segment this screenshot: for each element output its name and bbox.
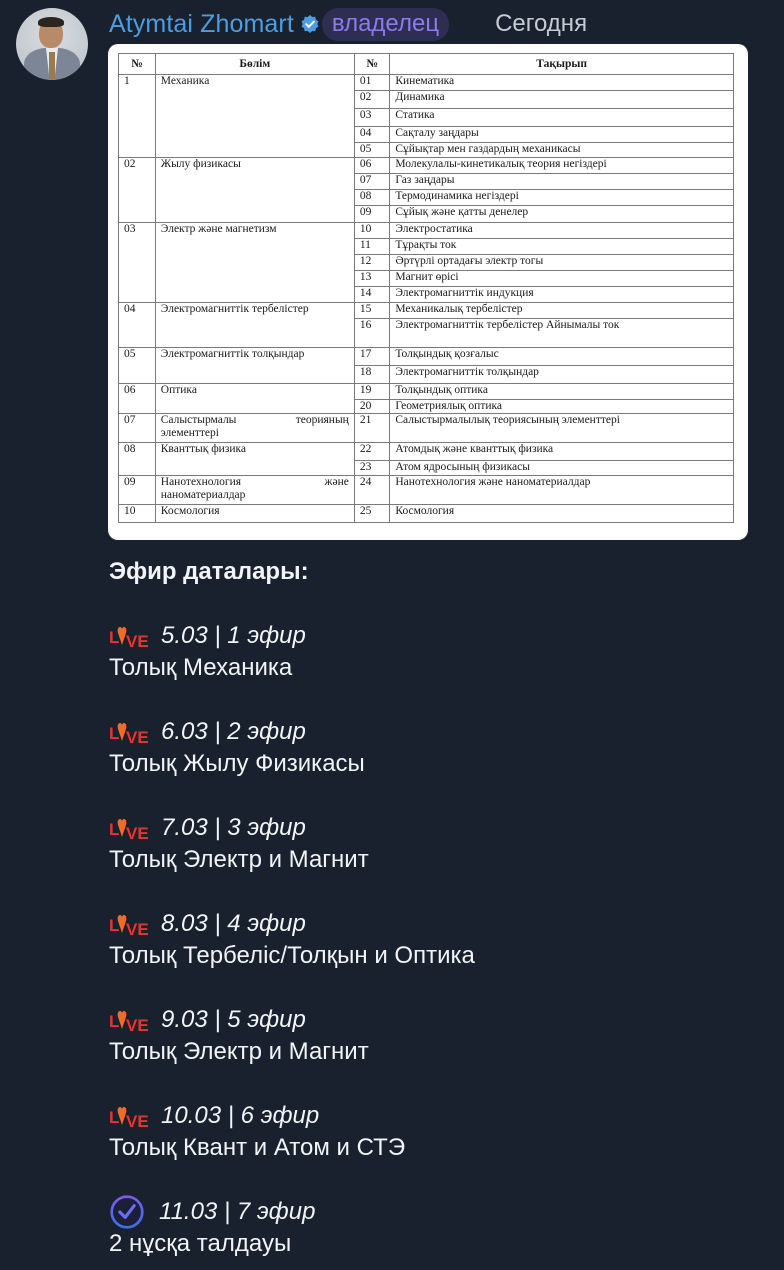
header-cell: Бөлім (155, 54, 354, 75)
svg-text:VE: VE (126, 920, 149, 937)
message-header: Atymtai Zhomart владелец Сегодня (109, 8, 587, 40)
topic-number: 21 (354, 414, 390, 443)
topic-number: 10 (354, 223, 390, 239)
entry-topic: Толық Тербеліс/Толқын и Оптика (109, 940, 749, 972)
svg-text:VE: VE (126, 824, 149, 841)
verified-badge-icon (300, 14, 320, 34)
topic-number: 20 (354, 400, 390, 414)
topic-title: Электростатика (390, 223, 734, 239)
topic-title: Нанотехнология және наноматериалдар (390, 476, 734, 505)
avatar-hair (38, 17, 64, 27)
topic-title: Атом ядросының физикасы (390, 461, 734, 476)
topic-number: 03 (354, 109, 390, 127)
topic-title: Тұрақты ток (390, 239, 734, 255)
topic-title: Молекулалы-кинетикалық теория негіздері (390, 158, 734, 174)
section-name: Механика (155, 75, 354, 158)
user-avatar[interactable] (16, 8, 88, 80)
schedule-entry: L VE 8.03 | 4 эфир Толық Тербеліс/Толқын… (109, 908, 749, 972)
entry-topic: Толық Электр и Магнит (109, 844, 749, 876)
topic-title: Сақталу заңдары (390, 127, 734, 143)
topic-number: 18 (354, 366, 390, 384)
section-name: Электр және магнетизм (155, 223, 354, 303)
entry-date-row: L VE 9.03 | 5 эфир (109, 1004, 749, 1036)
section-name: Салыстырмалы теорияның элементтері (155, 414, 354, 443)
topic-number: 25 (354, 505, 390, 523)
love-live-icon: L VE (109, 623, 149, 649)
topic-title: Атомдық және кванттық физика (390, 443, 734, 461)
topic-title: Сұйық және қатты денелер (390, 206, 734, 223)
table-row: 04Электромагниттік тербелістер15Механика… (119, 303, 734, 319)
topics-table: № Бөлім № Тақырып 1Механика01Кинематика0… (118, 53, 734, 523)
section-name: Нанотехнология және наноматериалдар (155, 476, 354, 505)
topic-title: Динамика (390, 91, 734, 109)
topic-title: Салыстырмалылық теориясының элементтері (390, 414, 734, 443)
topic-title: Электромагниттік толқындар (390, 366, 734, 384)
section-name: Кванттық физика (155, 443, 354, 476)
love-live-icon: L VE (109, 1103, 149, 1129)
topic-number: 13 (354, 271, 390, 287)
table-row: 02Жылу физикасы06Молекулалы-кинетикалық … (119, 158, 734, 174)
love-live-icon: L VE (109, 719, 149, 745)
check-circle-icon (109, 1192, 149, 1232)
topic-number: 19 (354, 384, 390, 400)
section-number: 04 (119, 303, 156, 348)
sender-name[interactable]: Atymtai Zhomart (109, 10, 294, 39)
topic-title: Толқындық оптика (390, 384, 734, 400)
topic-title: Статика (390, 109, 734, 127)
table-header-row: № Бөлім № Тақырып (119, 54, 734, 75)
topic-number: 11 (354, 239, 390, 255)
entry-topic: Толық Механика (109, 652, 749, 684)
section-number: 06 (119, 384, 156, 414)
entry-date-row: L VE 8.03 | 4 эфир (109, 908, 749, 940)
entry-date: 6.03 | 2 эфир (161, 716, 306, 748)
love-live-icon: L VE (109, 1007, 149, 1033)
schedule-title: Эфир даталары: (109, 556, 749, 588)
section-number: 07 (119, 414, 156, 443)
topic-number: 17 (354, 348, 390, 366)
entry-date-row: L VE 10.03 | 6 эфир (109, 1100, 749, 1132)
avatar-tie (49, 52, 55, 80)
schedule-entry: L VE 6.03 | 2 эфир Толық Жылу Физикасы (109, 716, 749, 780)
table-row: 06Оптика19Толқындық оптика (119, 384, 734, 400)
schedule-entry: L VE 7.03 | 3 эфир Толық Электр и Магнит (109, 812, 749, 876)
table-row: 09Нанотехнология және наноматериалдар24Н… (119, 476, 734, 505)
schedule-entry: 11.03 | 7 эфир 2 нұсқа талдауы (109, 1196, 749, 1260)
entry-date-row: L VE 5.03 | 1 эфир (109, 620, 749, 652)
topic-number: 16 (354, 319, 390, 348)
topic-number: 12 (354, 255, 390, 271)
section-name: Оптика (155, 384, 354, 414)
topic-number: 22 (354, 443, 390, 461)
table-row: 07Салыстырмалы теорияның элементтері21Са… (119, 414, 734, 443)
section-name: Электромагниттік тербелістер (155, 303, 354, 348)
topic-number: 07 (354, 174, 390, 190)
entry-date: 11.03 | 7 эфир (159, 1196, 315, 1228)
svg-text:VE: VE (126, 1016, 149, 1033)
love-live-icon: L VE (109, 815, 149, 841)
entry-date-row: L VE 7.03 | 3 эфир (109, 812, 749, 844)
entry-date: 7.03 | 3 эфир (161, 812, 306, 844)
topic-number: 09 (354, 206, 390, 223)
entry-topic: 2 нұсқа талдауы (109, 1228, 749, 1260)
svg-text:VE: VE (126, 728, 149, 745)
topic-title: Кинематика (390, 75, 734, 91)
entry-date: 9.03 | 5 эфир (161, 1004, 306, 1036)
topic-title: Газ заңдары (390, 174, 734, 190)
section-name: Электромагниттік толқындар (155, 348, 354, 384)
topic-number: 08 (354, 190, 390, 206)
table-row: 03Электр және магнетизм10Электростатика (119, 223, 734, 239)
topic-number: 04 (354, 127, 390, 143)
topic-number: 14 (354, 287, 390, 303)
section-number: 08 (119, 443, 156, 476)
header-cell: Тақырып (390, 54, 734, 75)
entry-topic: Толық Квант и Атом и СТЭ (109, 1132, 749, 1164)
table-row: 05Электромагниттік толқындар17Толқындық … (119, 348, 734, 366)
section-number: 09 (119, 476, 156, 505)
section-number: 03 (119, 223, 156, 303)
schedule-entry: L VE 10.03 | 6 эфир Толық Квант и Атом и… (109, 1100, 749, 1164)
section-number: 05 (119, 348, 156, 384)
role-badge: владелец (322, 8, 449, 41)
section-name: Жылу физикасы (155, 158, 354, 223)
section-number: 1 (119, 75, 156, 158)
topic-title: Әртүрлі ортадағы электр тогы (390, 255, 734, 271)
header-cell: № (119, 54, 156, 75)
topic-number: 24 (354, 476, 390, 505)
topic-title: Электромагниттік тербелістер Айнымалы то… (390, 319, 734, 348)
topic-number: 23 (354, 461, 390, 476)
section-name: Космология (155, 505, 354, 523)
topic-number: 06 (354, 158, 390, 174)
topic-title: Космология (390, 505, 734, 523)
section-number: 02 (119, 158, 156, 223)
topic-number: 15 (354, 303, 390, 319)
message-text: Эфир даталары: L VE 5.03 | 1 эфир Толық … (109, 556, 749, 1260)
table-row: 08Кванттық физика22Атомдық және кванттық… (119, 443, 734, 461)
topic-number: 01 (354, 75, 390, 91)
topic-title: Магнит өрісі (390, 271, 734, 287)
entry-date: 10.03 | 6 эфир (161, 1100, 319, 1132)
topic-title: Толқындық қозғалыс (390, 348, 734, 366)
svg-text:VE: VE (126, 1112, 149, 1129)
entry-topic: Толық Электр и Магнит (109, 1036, 749, 1068)
section-number: 10 (119, 505, 156, 523)
topic-title: Механикалық тербелістер (390, 303, 734, 319)
topic-title: Геометриялық оптика (390, 400, 734, 414)
entry-date: 5.03 | 1 эфир (161, 620, 306, 652)
topic-number: 02 (354, 91, 390, 109)
schedule-entry: L VE 5.03 | 1 эфир Толық Механика (109, 620, 749, 684)
entry-date-row: L VE 6.03 | 2 эфир (109, 716, 749, 748)
topic-title: Термодинамика негіздері (390, 190, 734, 206)
entry-topic: Толық Жылу Физикасы (109, 748, 749, 780)
svg-text:VE: VE (126, 632, 149, 649)
topic-title: Сұйықтар мен газдардың механикасы (390, 143, 734, 158)
table-row: 10Космология25Космология (119, 505, 734, 523)
topic-title: Электромагниттік индукция (390, 287, 734, 303)
schedule-entry: L VE 9.03 | 5 эфир Толық Электр и Магнит (109, 1004, 749, 1068)
topic-number: 05 (354, 143, 390, 158)
entry-date-row: 11.03 | 7 эфир (109, 1196, 749, 1228)
love-live-icon: L VE (109, 911, 149, 937)
attached-image[interactable]: № Бөлім № Тақырып 1Механика01Кинематика0… (108, 44, 748, 540)
entry-date: 8.03 | 4 эфир (161, 908, 306, 940)
table-row: 1Механика01Кинематика (119, 75, 734, 91)
header-cell: № (354, 54, 390, 75)
date-label: Сегодня (495, 10, 587, 38)
